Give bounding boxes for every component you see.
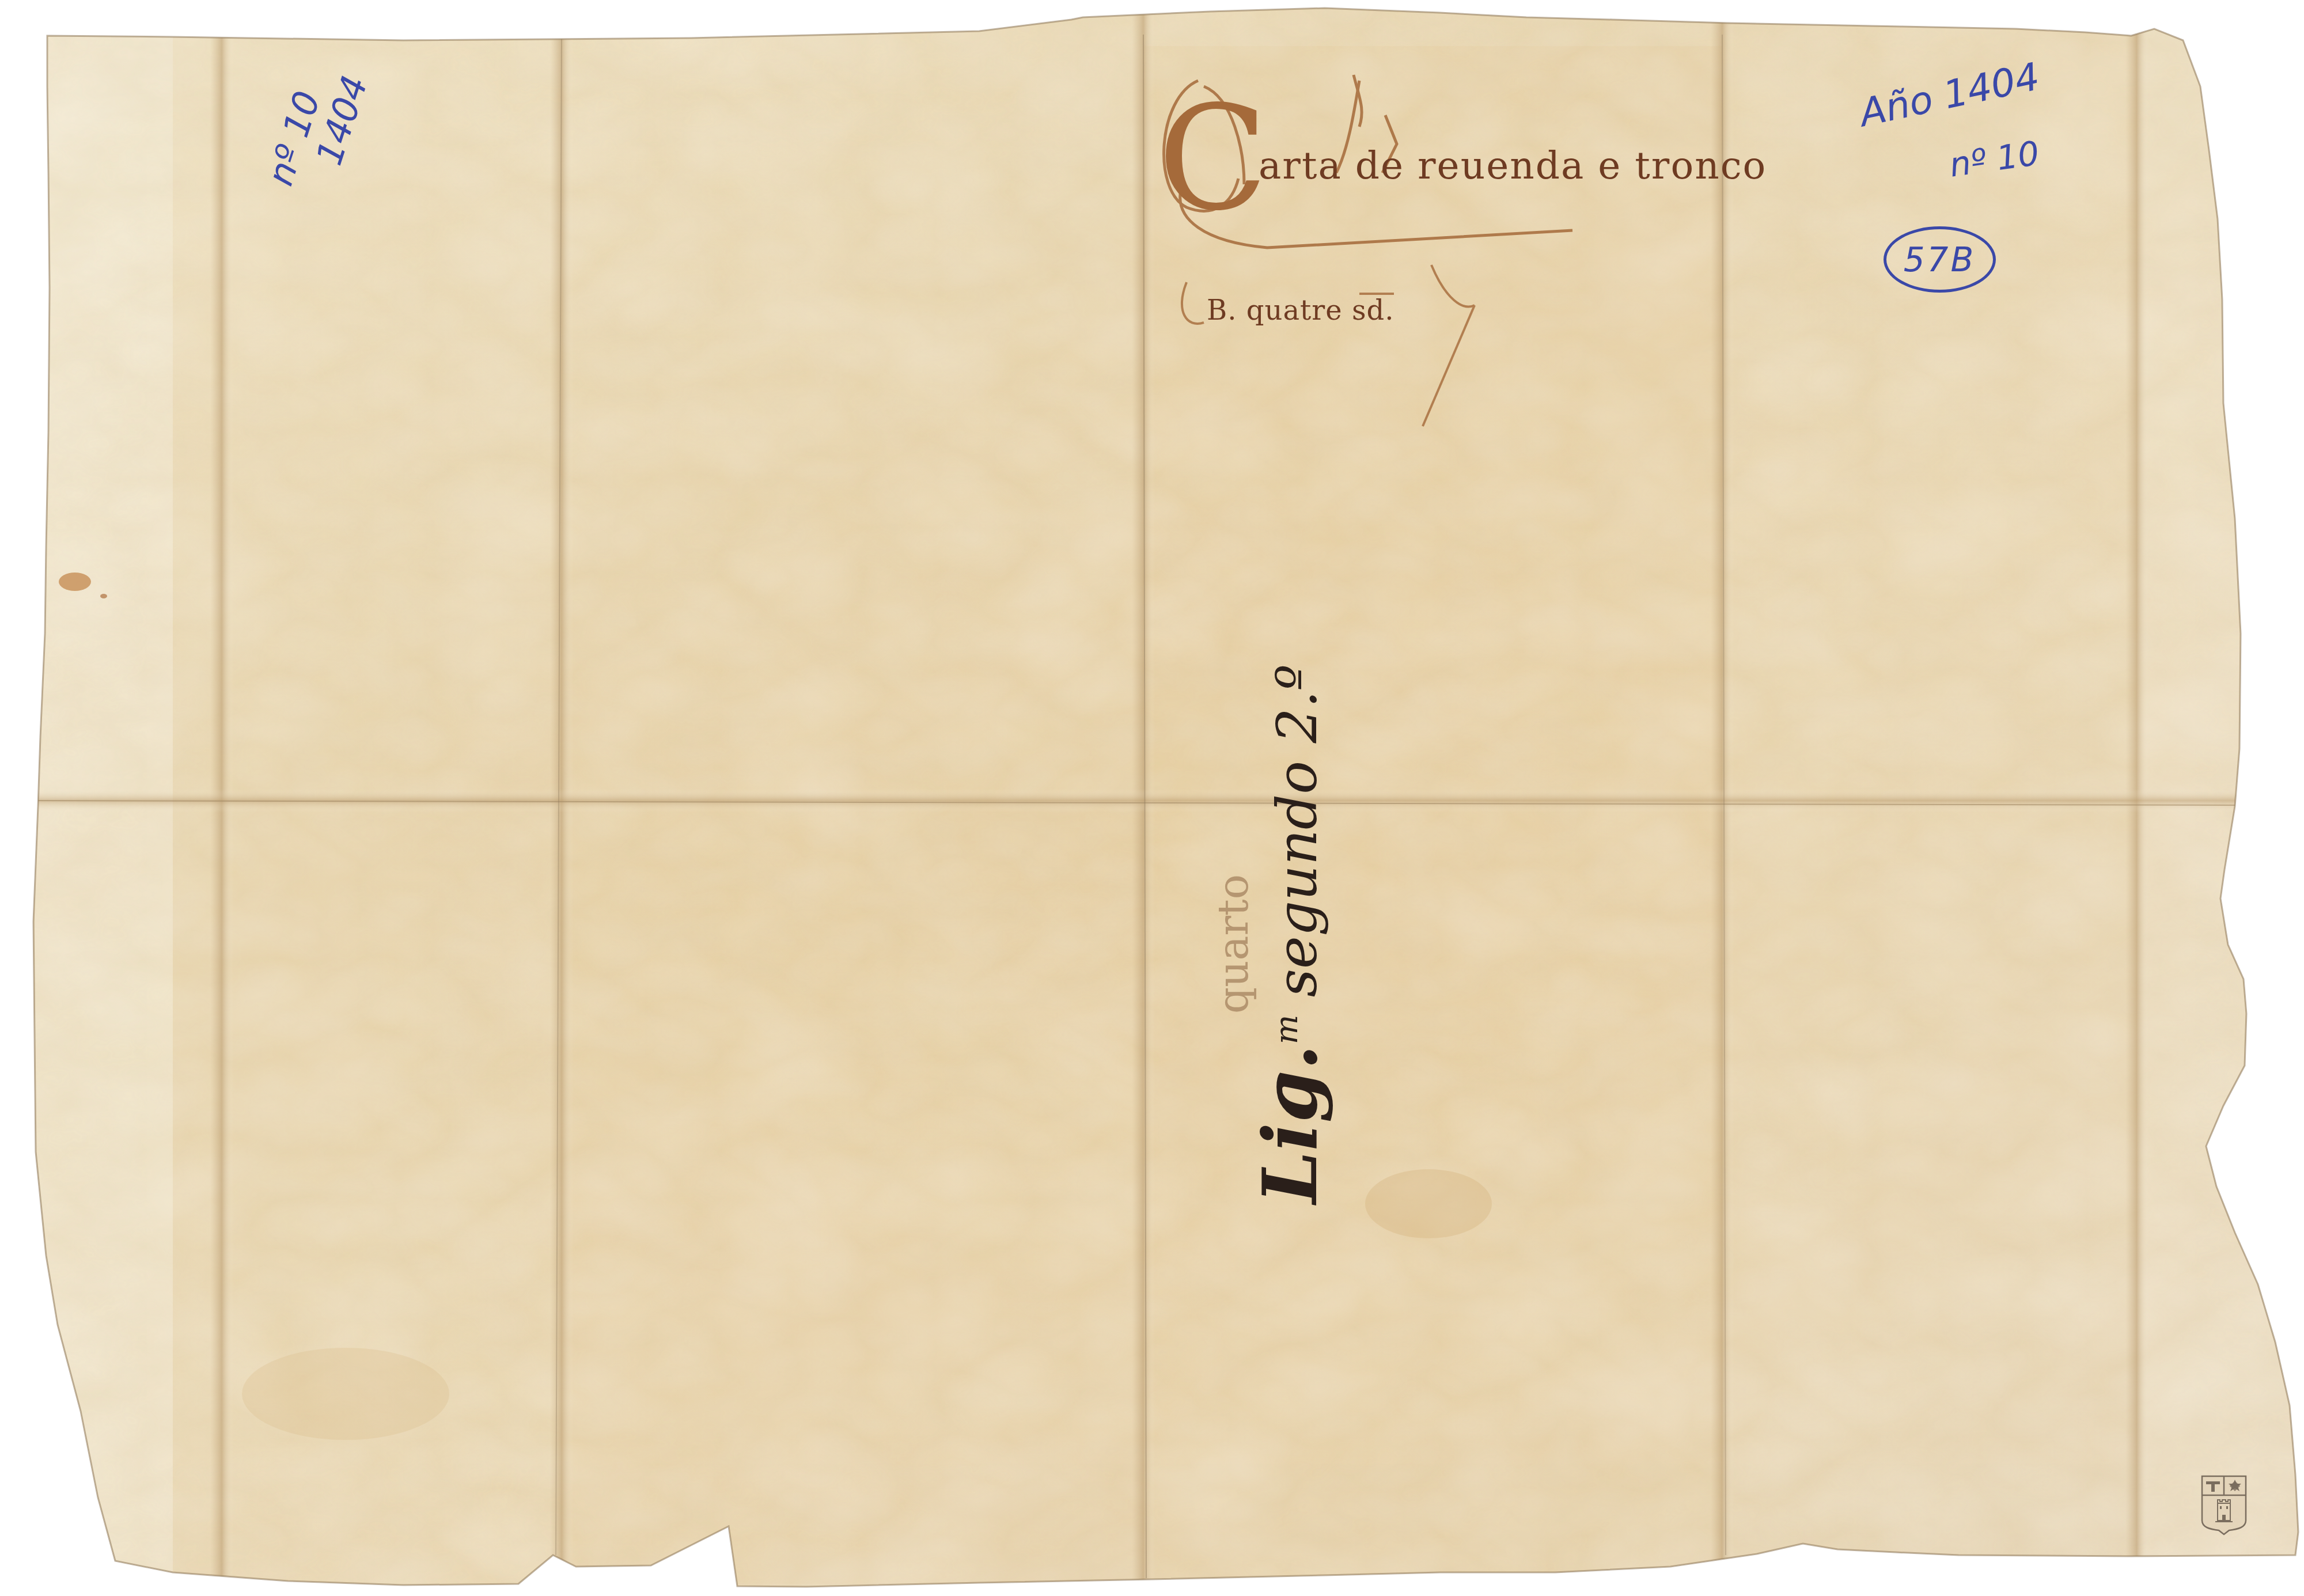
legajo-superscript: m: [1268, 1015, 1305, 1044]
legajo-note: Lig.m segundo 2.º: [1253, 665, 1328, 1204]
endorsement-secondary-line: B. quatre sd.: [1207, 297, 1394, 324]
legajo-abbrev: Lig.: [1246, 1044, 1334, 1204]
catalog-number-badge: 57B: [1884, 226, 1996, 293]
coat-of-arms-icon: [2200, 1474, 2248, 1537]
title-initial-letter: C: [1158, 86, 1268, 230]
document-scan: C arta de reuenda e tronco B. quatre sd.…: [0, 0, 2304, 1596]
catalog-number: 57B: [1904, 240, 1976, 279]
endorsement-title: arta de reuenda e tronco: [1259, 147, 1767, 185]
faded-vertical-note: quarto: [1212, 874, 1254, 1014]
legajo-word: segundo: [1265, 761, 1329, 997]
legajo-suffix: 2.º: [1265, 665, 1329, 744]
